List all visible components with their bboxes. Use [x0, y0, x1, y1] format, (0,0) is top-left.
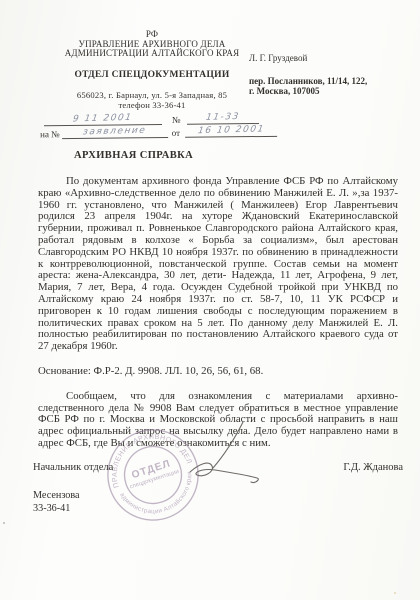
- paragraph-basis: Основание: Ф.Р-2. Д. 9908. ЛЛ. 10, 26, 5…: [38, 366, 398, 378]
- document-title: АРХИВНАЯ СПРАВКА: [74, 150, 193, 161]
- outgoing-date-handwriting: 9 11 2001: [72, 113, 133, 125]
- organization-name: РФ УПРАВЛЕНИЕ АРХИВНОГО ДЕЛА АДМИНИСТРАЦ…: [36, 30, 268, 59]
- number-label: №: [172, 115, 183, 125]
- paragraph-case-summary: По документам архивного фонда Управление…: [38, 176, 398, 353]
- organization-address: 656023, г. Барнаул, ул. 5-я Западная, 85…: [36, 91, 268, 110]
- outgoing-date-field: 9 11 2001: [44, 112, 162, 126]
- incoming-ref-handwriting: заявление: [82, 126, 147, 138]
- signer-name: Г.Д. Жданова: [343, 462, 403, 473]
- reference-lines: 9 11 2001 № 11-33 на № заявление от 16 1…: [40, 111, 290, 140]
- scan-speck: [394, 592, 396, 594]
- signer-position: Начальник отдела: [33, 462, 113, 473]
- department-name: ОТДЕЛ СПЕЦДОКУМЕНТАЦИИ: [36, 71, 268, 81]
- scan-speck: [3, 522, 5, 524]
- recipient-address: пер. Посланников, 11/14, 122, г. Москва,…: [249, 76, 404, 96]
- executor-info: Месензова 33-36-41: [33, 489, 80, 515]
- from-label: от: [172, 128, 182, 138]
- incoming-label: на №: [40, 129, 62, 139]
- letterhead: РФ УПРАВЛЕНИЕ АРХИВНОГО ДЕЛА АДМИНИСТРАЦ…: [36, 30, 268, 110]
- incoming-date-handwriting: 16 10 2001: [197, 124, 265, 136]
- incoming-ref-field: заявление: [62, 125, 168, 139]
- signature-scribble: [185, 420, 275, 490]
- outgoing-number-handwriting: 11-33: [205, 112, 240, 123]
- incoming-ref-line: на № заявление от 16 10 2001: [40, 124, 290, 140]
- outgoing-number-field: 11-33: [186, 111, 258, 125]
- recipient-block: Л. Г. Груздевой пер. Посланников, 11/14,…: [249, 53, 404, 96]
- incoming-date-field: 16 10 2001: [185, 124, 277, 138]
- scanned-archival-certificate: РФ УПРАВЛЕНИЕ АРХИВНОГО ДЕЛА АДМИНИСТРАЦ…: [0, 0, 420, 600]
- recipient-name: Л. Г. Груздевой: [249, 53, 404, 63]
